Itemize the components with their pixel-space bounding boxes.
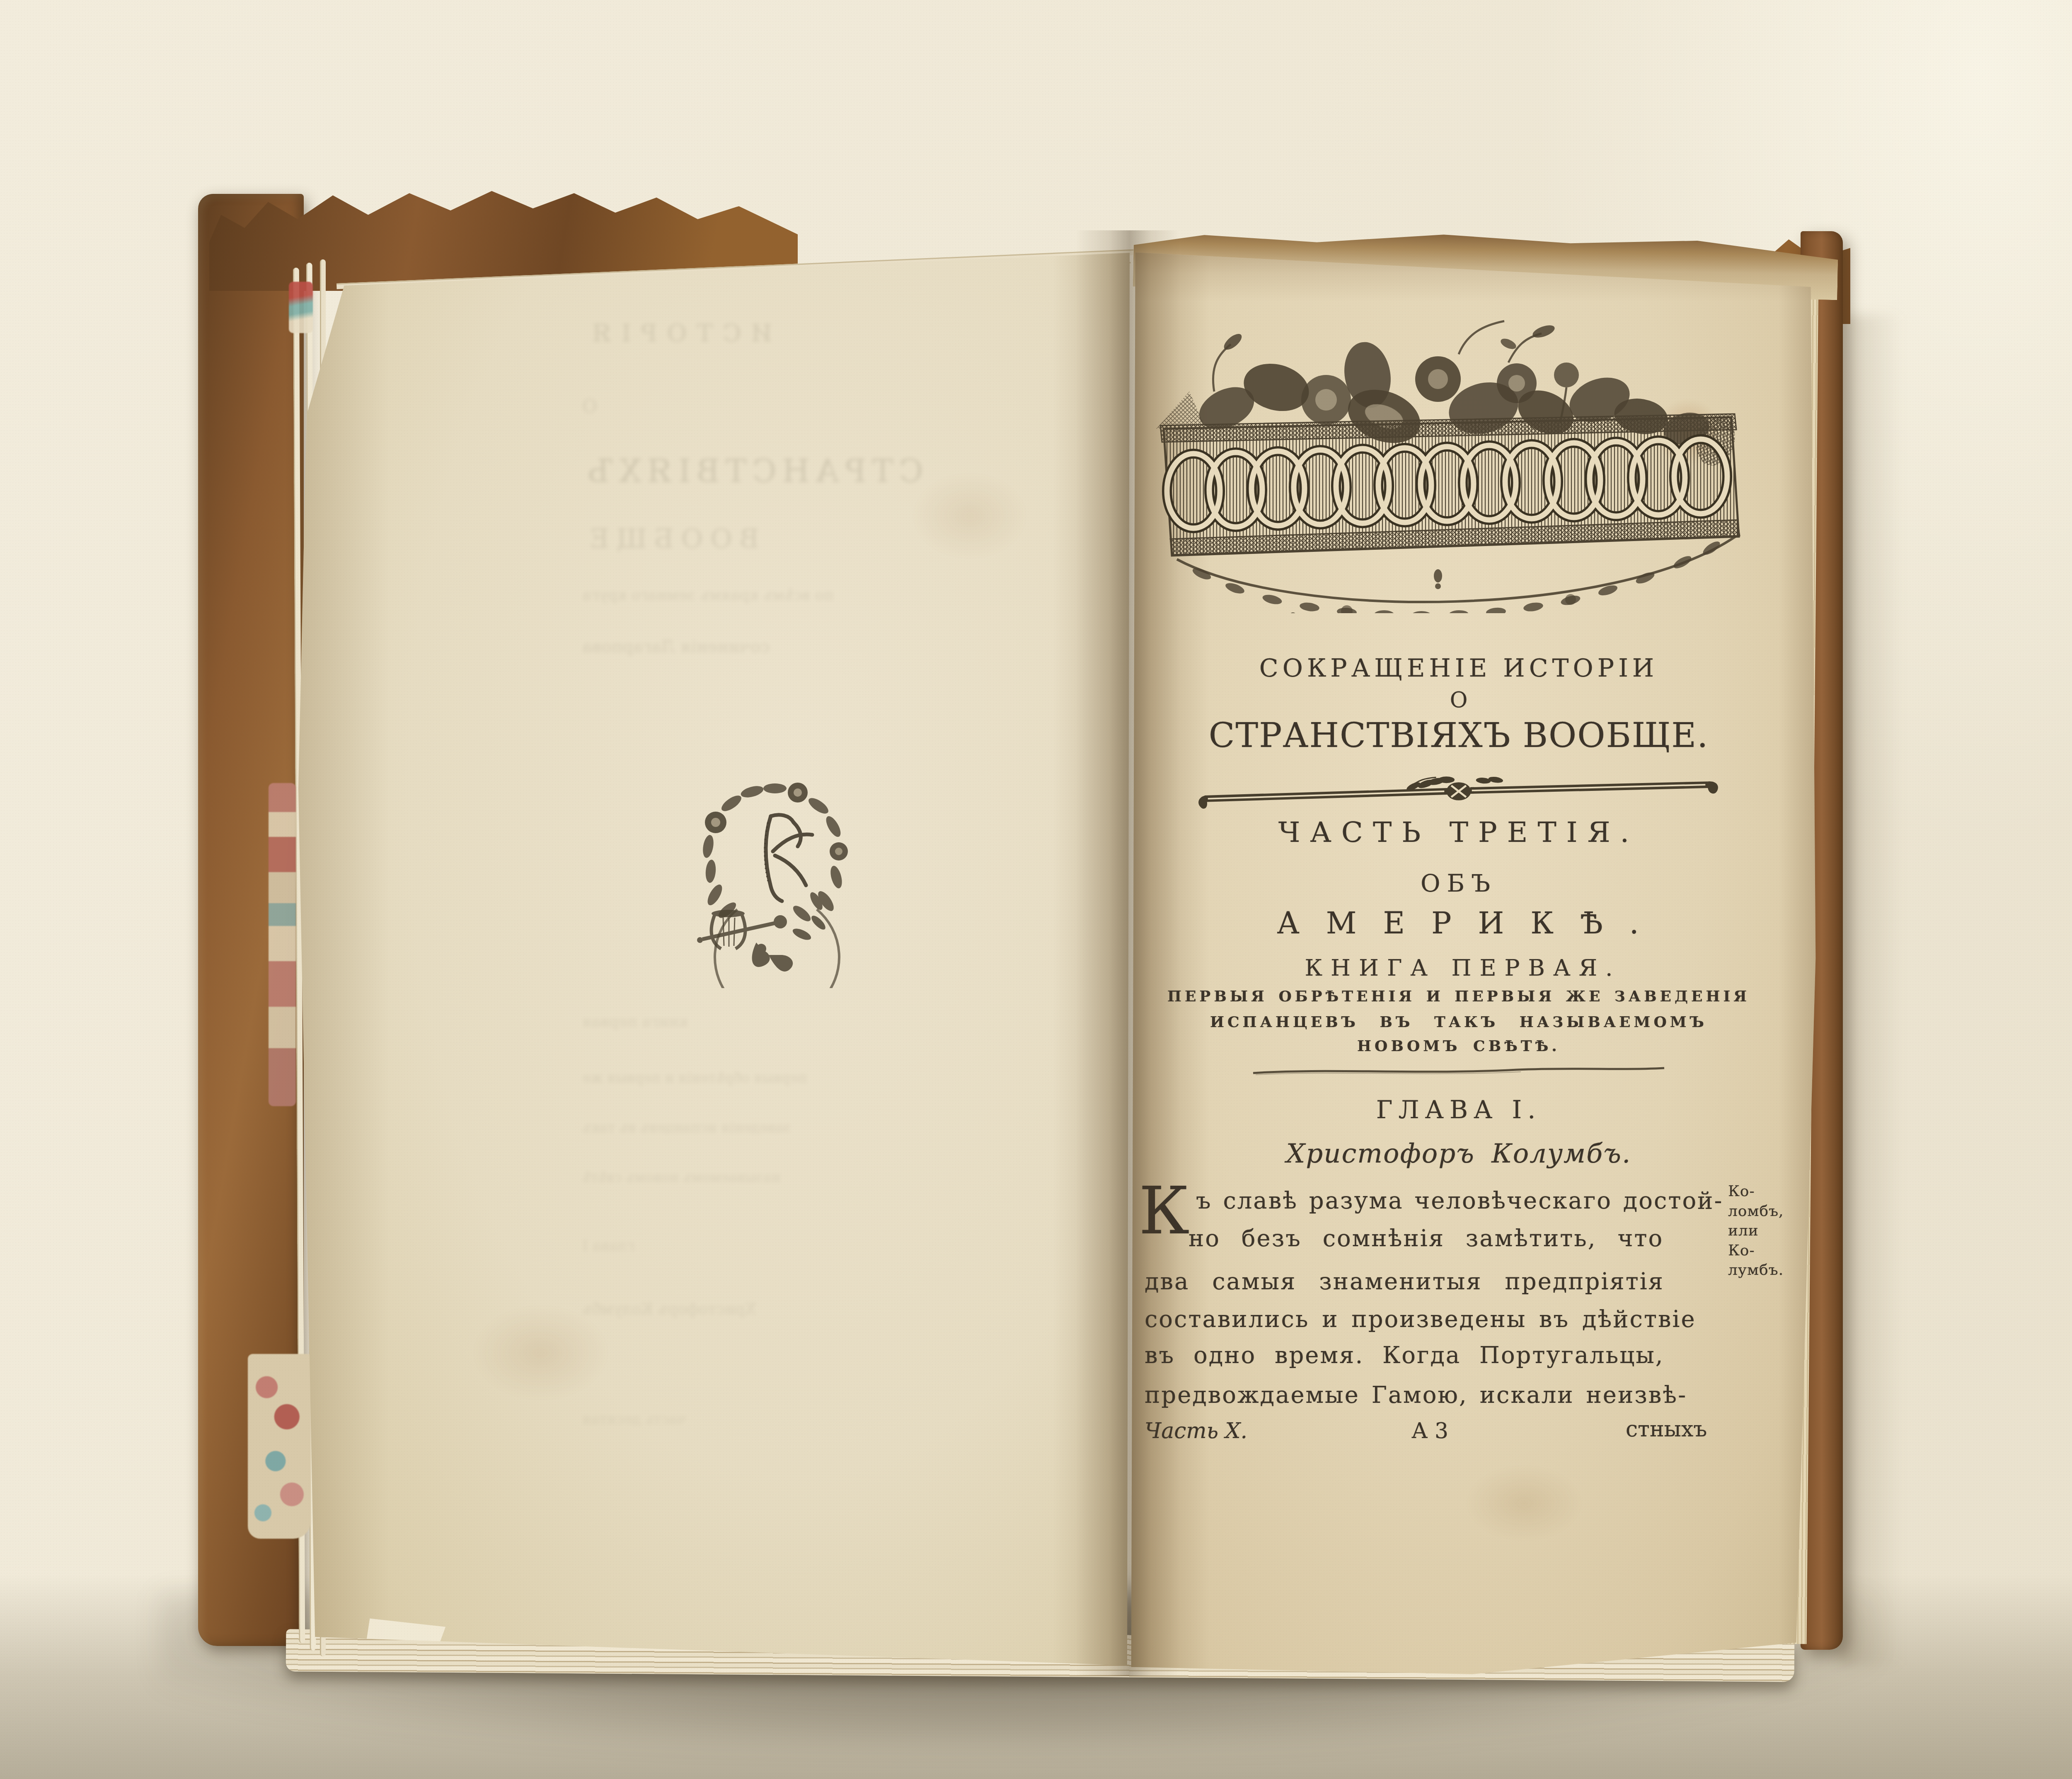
book-heading: КНИГА ПЕРВАЯ. (1130, 955, 1795, 981)
subtitle-line: ПЕРВЫЯ ОБРѢТЕНІЯ И ПЕРВЫЯ ЖЕ ЗАВЕДЕНІЯ (1126, 988, 1791, 1005)
baton-rule-icon (1196, 771, 1722, 813)
margin-note: Ко- ломбъ, или Ко- лумбъ. (1728, 1182, 1784, 1280)
subtitle-line: ИСПАНЦЕВЪ ВЪ ТАКЪ НАЗЫВАЕМОМЪ (1126, 1013, 1791, 1031)
subtitle-line: НОВОМЪ СВѢТѢ. (1126, 1037, 1791, 1055)
marbled-paper-patch (289, 282, 313, 333)
paper-stain (472, 1305, 609, 1400)
body-line: два самыя знаменитыя предпріятія (1145, 1268, 1664, 1295)
gutter-shadow (1076, 230, 1179, 1676)
flower-basket-chain-headpiece-icon (1152, 305, 1757, 613)
series-title-line: СОКРАЩЕНІЕ ИСТОРІИ (1126, 654, 1791, 683)
body-line: но безъ сомнѣнія замѣтить, что (1188, 1225, 1663, 1252)
margin-note-line: лумбъ. (1728, 1260, 1784, 1280)
body-line: составились и произведены въ дѣйствіе (1145, 1306, 1696, 1333)
photo-of-open-book: ИСТОРІЯ О СТРАНСТВІЯХЪ ВООБЩЕ по всѣмъ к… (0, 0, 2072, 1779)
paper-stain (912, 472, 1028, 559)
section-rule-icon (1251, 1065, 1666, 1076)
margin-note-line: или (1728, 1221, 1784, 1241)
laurel-wreath-monogram-vignette-icon (653, 777, 893, 988)
margin-note-line: Ко- (1728, 1241, 1784, 1261)
catchword: стныхъ (1626, 1417, 1707, 1442)
page-shading (298, 249, 390, 1670)
chapter-heading: ГЛАВА I. (1126, 1095, 1791, 1124)
chapter-subtitle: Христофоръ Колумбъ. (1126, 1138, 1791, 1169)
paper-stain (1466, 1466, 1582, 1540)
right-page: СОКРАЩЕНІЕ ИСТОРІИ О СТРАНСТВІЯХЪ ВООБЩЕ… (1126, 239, 1818, 1677)
side-cast-shadow (1840, 315, 1902, 1665)
left-page: ИСТОРІЯ О СТРАНСТВІЯХЪ ВООБЩЕ по всѣмъ к… (298, 249, 1131, 1670)
part-heading: ЧАСТЬ ТРЕТІЯ. (1126, 816, 1791, 849)
body-line: въ одно время. Когда Португальцы, (1145, 1342, 1664, 1369)
margin-note-line: ломбъ, (1728, 1201, 1784, 1221)
margin-note-line: Ко- (1728, 1182, 1784, 1201)
series-title-line: СТРАНСТВІЯХЪ ВООБЩЕ. (1126, 716, 1791, 755)
signature-mark: А 3 (1411, 1419, 1448, 1443)
body-line: предвождаемые Гамою, искали неизвѣ- (1145, 1382, 1687, 1409)
series-title-line: О (1126, 688, 1791, 713)
marbled-paper-patch (248, 1354, 311, 1539)
subject-heading: АМЕРИКѢ. (1139, 906, 1803, 940)
about-word: ОБЪ (1126, 869, 1791, 897)
marbled-paper-patch (269, 783, 296, 1106)
body-line: ъ славѣ разума человѣческаго достой- (1196, 1187, 1723, 1214)
